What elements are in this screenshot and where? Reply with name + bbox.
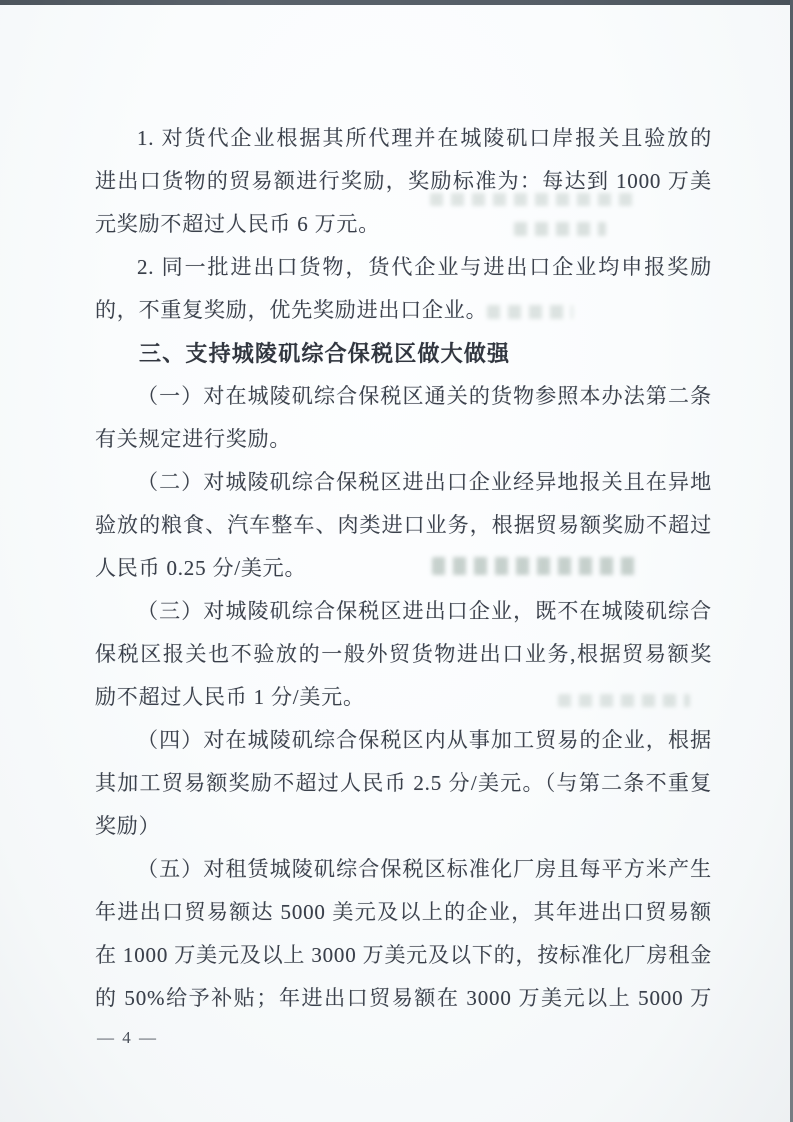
text-line: 人民币 0.25 分/美元。 [95,547,712,590]
scan-edge-top [0,0,793,5]
text-line: 在 1000 万美元及以上 3000 万美元及以下的，按标准化厂房租金 [95,934,712,977]
section-heading: 三、支持城陵矶综合保税区做大做强 [95,332,712,375]
text-line: （五）对租赁城陵矶综合保税区标准化厂房且每平方米产生 [95,848,712,891]
text-line: 有关规定进行奖励。 [95,418,712,461]
text-line: （二）对城陵矶综合保税区进出口企业经异地报关且在异地 [95,461,712,504]
text-line: 元奖励不超过人民币 6 万元。 [95,203,712,246]
text-line: 年进出口贸易额达 5000 美元及以上的企业，其年进出口贸易额 [95,891,712,934]
text-line: （四）对在城陵矶综合保税区内从事加工贸易的企业，根据 [95,719,712,762]
document-page: 1. 对货代企业根据其所代理并在城陵矶口岸报关且验放的 进出口货物的贸易额进行奖… [0,0,793,1122]
text-line: 其加工贸易额奖励不超过人民币 2.5 分/美元。（与第二条不重复 [95,762,712,805]
document-body: 1. 对货代企业根据其所代理并在城陵矶口岸报关且验放的 进出口货物的贸易额进行奖… [95,117,712,1020]
text-line: （三）对城陵矶综合保税区进出口企业，既不在城陵矶综合 [95,590,712,633]
text-line: 进出口货物的贸易额进行奖励，奖励标准为：每达到 1000 万美 [95,160,712,203]
text-line: 励不超过人民币 1 分/美元。 [95,676,712,719]
text-line: 奖励） [95,805,712,848]
text-line: 验放的粮食、汽车整车、肉类进口业务，根据贸易额奖励不超过 [95,504,712,547]
text-line: 1. 对货代企业根据其所代理并在城陵矶口岸报关且验放的 [95,117,712,160]
text-line: 的，不重复奖励，优先奖励进出口企业。 [95,289,712,332]
page-number: — 4 — [97,1028,158,1048]
text-line: 保税区报关也不验放的一般外贸货物进出口业务,根据贸易额奖 [95,633,712,676]
text-line: 2. 同一批进出口货物，货代企业与进出口企业均申报奖励 [95,246,712,289]
text-line: 的 50%给予补贴；年进出口贸易额在 3000 万美元以上 5000 万美 [95,977,712,1020]
text-line: （一）对在城陵矶综合保税区通关的货物参照本办法第二条 [95,375,712,418]
